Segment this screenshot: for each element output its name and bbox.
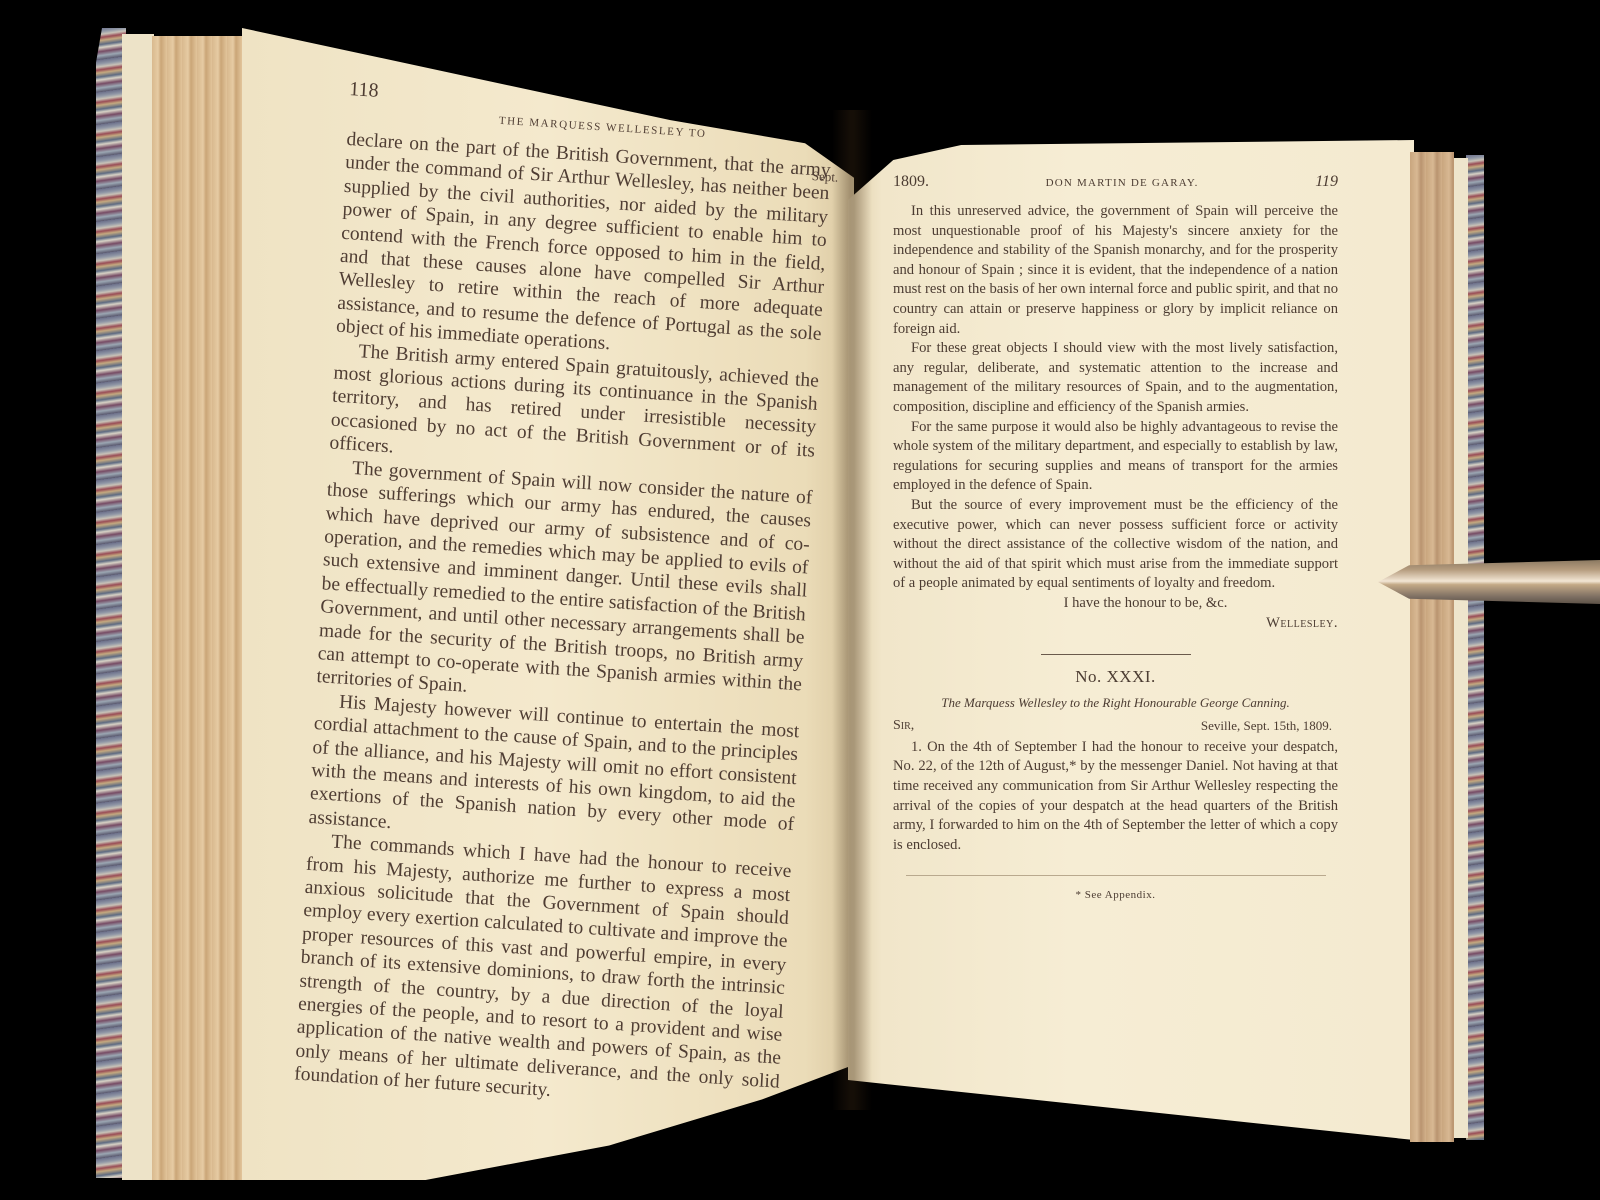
running-head-right: DON MARTIN DE GARAY. [1046, 174, 1199, 194]
salutation-line: Sir, Seville, Sept. 15th, 1809. [893, 716, 1338, 736]
book-gutter [832, 110, 872, 1110]
header-year: 1809. [893, 172, 929, 192]
letter-closing: I have the honour to be, &c. [893, 594, 1338, 614]
document-title: The Marquess Wellesley to the Right Hono… [893, 693, 1338, 713]
footnote: * See Appendix. [893, 886, 1338, 906]
footnote-divider [906, 875, 1326, 876]
paragraph: But the source of every improvement must… [893, 496, 1338, 594]
marbled-cover-right [1466, 155, 1484, 1140]
page-edges-left [152, 36, 244, 1180]
paragraph: For the same purpose it would also be hi… [893, 418, 1338, 496]
endpaper-right [1452, 158, 1468, 1138]
paragraph: The government of Spain will now conside… [316, 455, 813, 720]
paragraph: The commands which I have had the honour… [294, 829, 792, 1117]
page-edges-right [1410, 152, 1454, 1142]
place-date: Seville, Sept. 15th, 1809. [1201, 716, 1338, 736]
page-number-right: 119 [1315, 172, 1338, 192]
salutation: Sir, [893, 716, 914, 736]
document-number: No. XXXI. [893, 667, 1338, 687]
page-number-left: 118 [349, 78, 380, 103]
paragraph: In this unreserved advice, the governmen… [893, 202, 1338, 339]
section-divider [1041, 654, 1191, 655]
left-page-body: declare on the part of the British Gover… [294, 128, 832, 1117]
signature: Wellesley. [893, 614, 1338, 634]
paper-knife-bookmark [1378, 560, 1600, 604]
paragraph: declare on the part of the British Gover… [335, 128, 831, 370]
paragraph: For these great objects I should view wi… [893, 339, 1338, 417]
paragraph: 1. On the 4th of September I had the hon… [893, 738, 1338, 856]
right-page-text: 1809. DON MARTIN DE GARAY. 119 In this u… [893, 172, 1338, 906]
page-header-right: 1809. DON MARTIN DE GARAY. 119 [893, 172, 1338, 202]
endpaper-left [122, 34, 154, 1180]
